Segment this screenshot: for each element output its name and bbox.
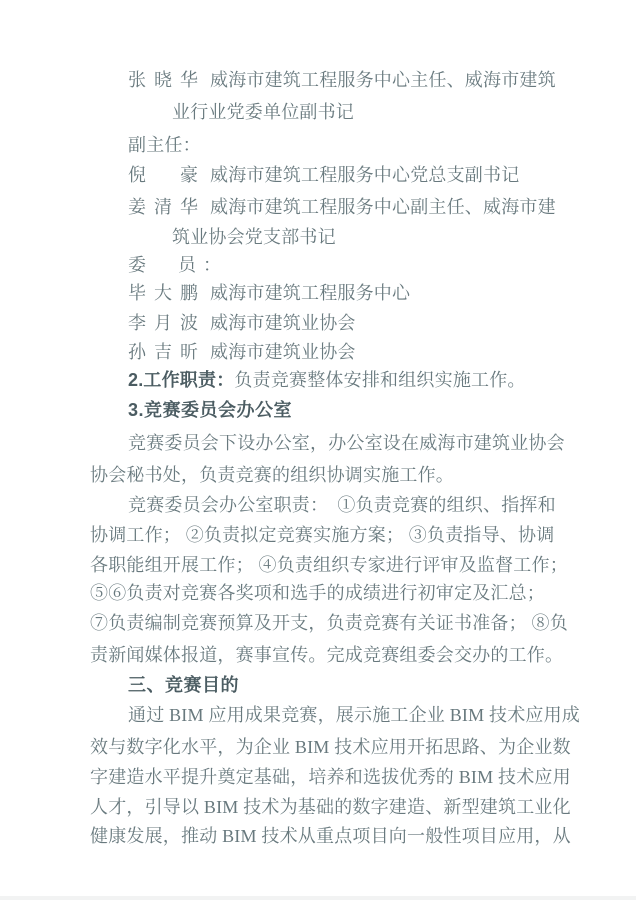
member-name: 张晓华 <box>128 68 210 92</box>
scan-edge-artifact <box>0 896 636 900</box>
member-title-wrap: 筑业协会党支部书记 <box>172 225 336 249</box>
committee-member-row: 毕大鹏威海市建筑工程服务中心 <box>128 281 410 305</box>
committee-member-row: 张晓华威海市建筑工程服务中心主任、威海市建筑 <box>128 68 556 92</box>
paragraph-line: 各职能组开展工作； ④负责组织专家进行评审及监督工作； <box>90 553 568 577</box>
member-title: 威海市建筑工程服务中心 <box>210 281 410 305</box>
member-name: 孙吉昕 <box>128 340 210 364</box>
member-title: 威海市建筑工程服务中心副主任、威海市建 <box>210 195 556 219</box>
paragraph-line: 协会秘书处，负责竞赛的组织协调实施工作。 <box>90 463 454 487</box>
committee-member-row: 姜清华威海市建筑工程服务中心副主任、威海市建 <box>128 195 556 219</box>
paragraph-line: 协调工作； ②负责拟定竞赛实施方案； ③负责指导、协调 <box>90 523 554 547</box>
members-label: 委 员： <box>128 253 228 277</box>
paragraph-line: ⑦负责编制竞赛预算及开支，负责竞赛有关证书准备； ⑧负 <box>90 611 568 635</box>
paragraph-line: 责新闻媒体报道，赛事宣传。完成竞赛组委会交办的工作。 <box>90 643 563 667</box>
committee-member-row: 孙吉昕威海市建筑业协会 <box>128 340 356 364</box>
office-heading: 3.竞赛委员会办公室 <box>128 398 292 422</box>
document-page: 张晓华威海市建筑工程服务中心主任、威海市建筑 业行业党委单位副书记 副主任： 倪… <box>0 0 636 900</box>
member-title: 威海市建筑业协会 <box>210 311 356 335</box>
member-title: 威海市建筑工程服务中心党总支副书记 <box>210 163 519 187</box>
committee-member-row: 倪 豪威海市建筑工程服务中心党总支副书记 <box>128 163 519 187</box>
member-title: 威海市建筑业协会 <box>210 340 356 364</box>
member-title-wrap: 业行业党委单位副书记 <box>172 100 354 124</box>
duties-text: 负责竞赛整体安排和组织实施工作。 <box>234 370 525 390</box>
member-title: 威海市建筑工程服务中心主任、威海市建筑 <box>210 68 556 92</box>
duties-label: 2.工作职责： <box>128 370 234 390</box>
member-name: 倪 豪 <box>128 163 210 187</box>
paragraph-line: 竞赛委员会办公室职责： ①负责竞赛的组织、指挥和 <box>128 493 556 517</box>
paragraph-line: 健康发展，推动 BIM 技术从重点项目向一般性项目应用，从 <box>90 824 571 848</box>
member-name: 毕大鹏 <box>128 281 210 305</box>
paragraph-line: 竞赛委员会下设办公室，办公室设在威海市建筑业协会 <box>128 431 565 455</box>
paragraph-line: ⑤⑥负责对竞赛各奖项和选手的成绩进行初审定及汇总； <box>90 581 545 605</box>
paragraph-line: 效与数字化水平，为企业 BIM 技术应用开拓思路、为企业数 <box>90 735 571 759</box>
member-name: 姜清华 <box>128 195 210 219</box>
member-name: 李月波 <box>128 311 210 335</box>
committee-member-row: 李月波威海市建筑业协会 <box>128 311 356 335</box>
purpose-heading: 三、竞赛目的 <box>128 673 239 697</box>
vice-chair-label: 副主任： <box>128 133 201 157</box>
paragraph-line: 字建造水平提升奠定基础，培养和选拔优秀的 BIM 技术应用 <box>90 765 571 789</box>
paragraph-line: 人才，引导以 BIM 技术为基础的数字建造、新型建筑工业化 <box>90 795 571 819</box>
duties-line: 2.工作职责：负责竞赛整体安排和组织实施工作。 <box>128 368 526 392</box>
paragraph-line: 通过 BIM 应用成果竞赛，展示施工企业 BIM 技术应用成 <box>128 703 580 727</box>
